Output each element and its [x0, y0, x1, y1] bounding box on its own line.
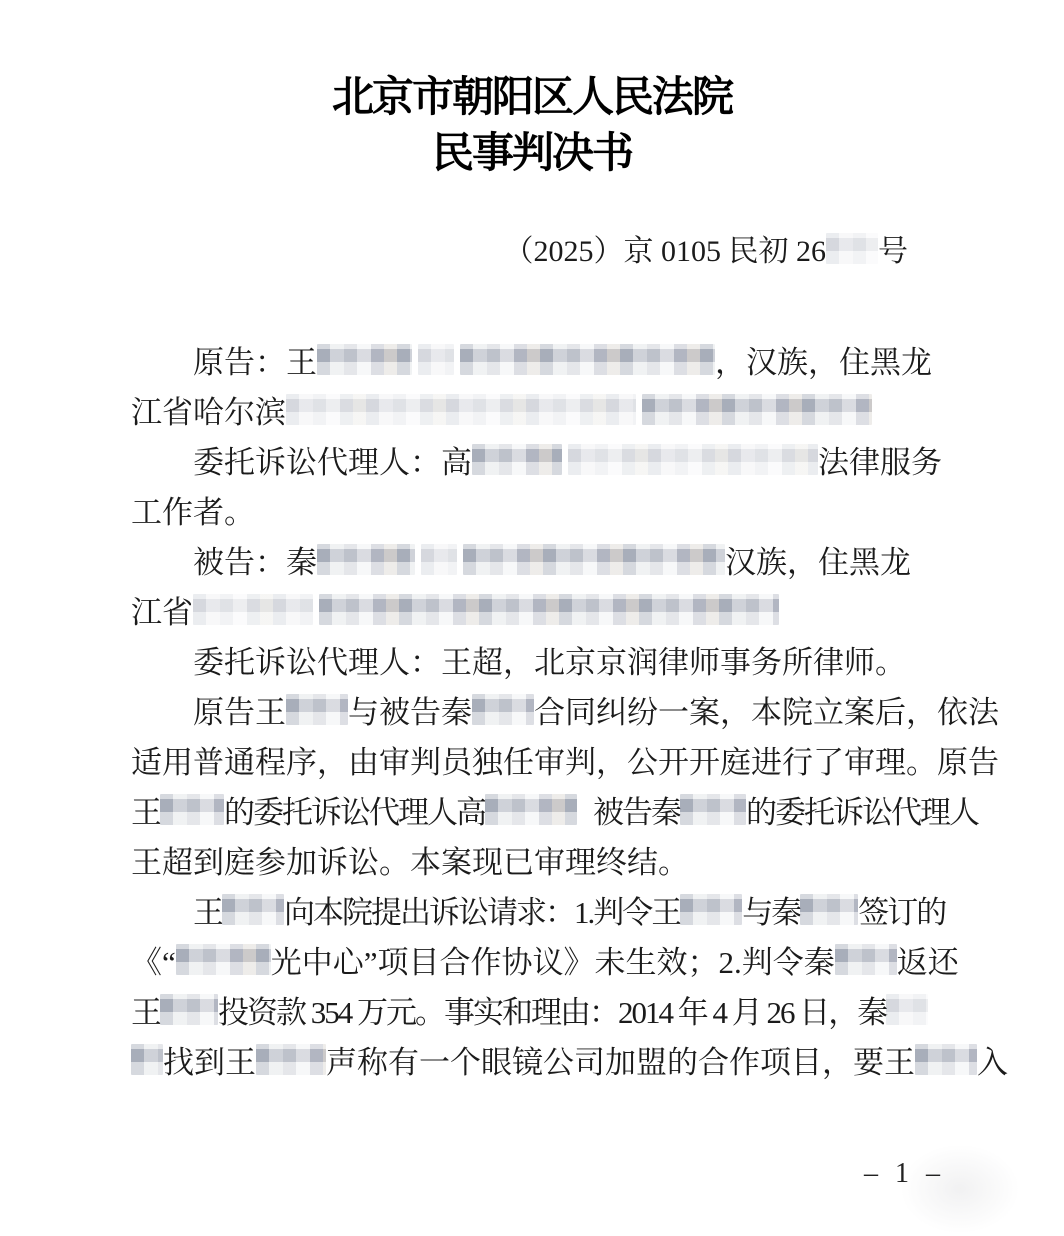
case-number: （2025）京 0105 民初 26号 — [504, 226, 909, 270]
text-segment: ，汉族，住黑龙 — [715, 337, 932, 382]
text-segment: 法律服务 — [818, 437, 942, 482]
body-line: 委托诉讼代理人：高法律服务 — [131, 434, 955, 484]
redacted-text — [317, 344, 412, 375]
redacted-text — [286, 394, 636, 425]
redacted-text — [568, 444, 818, 475]
redacted-text — [193, 594, 313, 625]
text-segment: 委托诉讼代理人：王超，北京京润律师事务所律师。 — [193, 637, 906, 682]
text-segment: 工作者。 — [131, 487, 255, 532]
redacted-text — [418, 344, 454, 375]
text-segment: 返还 — [897, 937, 959, 982]
redacted-text — [131, 1044, 163, 1075]
body-line: 王超到庭参加诉讼。本案现已审理终结。 — [131, 834, 955, 884]
body-line: 王向本院提出诉讼请求：1.判令王与秦签订的 — [131, 884, 955, 934]
redacted-text — [472, 694, 534, 725]
redacted-text — [680, 794, 746, 825]
redacted-text — [485, 794, 577, 825]
court-name: 北京市朝阳区人民法院 — [0, 64, 1064, 124]
body-line: 江省哈尔滨 — [131, 384, 955, 434]
text-segment: 适用普通程序，由审判员独任审判，公开开庭进行了审理。原告 — [131, 737, 999, 782]
text-segment: 王 — [131, 787, 160, 832]
document-type-title: 民事判决书 — [0, 120, 1064, 180]
redacted-text — [886, 994, 928, 1025]
text-segment: 与秦 — [742, 887, 800, 932]
redacted-text — [160, 794, 224, 825]
body-line: 原告王与被告秦合同纠纷一案，本院立案后，依法 — [131, 684, 955, 734]
text-segment: 被告秦 — [593, 787, 680, 832]
text-segment: 原告王 — [193, 687, 286, 732]
text-segment: 原告：王 — [193, 337, 317, 382]
redacted-text — [317, 544, 415, 575]
body-line: 被告：秦汉族，住黑龙 — [131, 534, 955, 584]
text-segment: 的委托诉讼代理人 — [746, 787, 978, 832]
redacted-text — [642, 394, 872, 425]
text-segment: 被告：秦 — [193, 537, 317, 582]
body-line: 委托诉讼代理人：王超，北京京润律师事务所律师。 — [131, 634, 955, 684]
text-segment: 入 — [977, 1037, 1008, 1082]
redacted-text — [472, 444, 562, 475]
page-number: – 1 – — [864, 1158, 945, 1190]
redacted-text — [176, 944, 271, 975]
body-line: 《“光中心”项目合作协议》未生效；2.判令秦返还 — [131, 934, 955, 984]
text-segment: 王 — [193, 887, 222, 932]
text-segment: 号 — [878, 226, 908, 270]
text-segment: 的委托诉讼代理人高 — [224, 787, 485, 832]
body-line: 工作者。 — [131, 484, 955, 534]
text-segment: 委托诉讼代理人：高 — [193, 437, 472, 482]
body-line: 适用普通程序，由审判员独任审判，公开开庭进行了审理。原告 — [131, 734, 955, 784]
text-segment: 汉族，住黑龙 — [725, 537, 911, 582]
redacted-text — [421, 544, 457, 575]
body-line: 江省 — [131, 584, 955, 634]
text-segment: 与被告秦 — [348, 687, 472, 732]
body-line: 王投资款 354 万元。事实和理由：2014 年 4 月 26 日，秦 — [131, 984, 955, 1034]
body-line: 王的委托诉讼代理人高被告秦的委托诉讼代理人 — [131, 784, 955, 834]
redacted-text — [680, 894, 742, 925]
body-line: 找到王声称有一个眼镜公司加盟的合作项目，要王入 — [131, 1034, 955, 1084]
redacted-text — [319, 594, 779, 625]
text-segment: 投资款 354 万元。事实和理由：2014 年 4 月 26 日，秦 — [218, 987, 886, 1032]
text-segment: 江省 — [131, 587, 193, 632]
text-segment: 江省哈尔滨 — [131, 387, 286, 432]
redacted-text — [915, 1044, 977, 1075]
redacted-text — [286, 694, 348, 725]
redacted-text — [460, 344, 715, 375]
text-segment: 签订的 — [858, 887, 945, 932]
text-segment: （2025）京 0105 民初 26 — [504, 226, 827, 270]
redacted-text — [256, 1044, 326, 1075]
text-segment: 王 — [131, 987, 160, 1032]
redacted-text — [463, 544, 725, 575]
text-segment: 光中心”项目合作协议》未生效；2.判令秦 — [271, 937, 835, 982]
text-segment: 向本院提出诉讼请求：1.判令王 — [284, 887, 680, 932]
redacted-text — [222, 894, 284, 925]
redacted-text — [800, 894, 858, 925]
redacted-text — [835, 944, 897, 975]
redacted-text — [160, 994, 218, 1025]
redacted-text — [826, 233, 878, 264]
text-segment: 合同纠纷一案，本院立案后，依法 — [534, 687, 999, 732]
text-segment: 王超到庭参加诉讼。本案现已审理终结。 — [131, 837, 689, 882]
text-segment: 声称有一个眼镜公司加盟的合作项目，要王 — [326, 1037, 915, 1082]
body-line: 原告：王，汉族，住黑龙 — [131, 334, 955, 384]
text-segment: 找到王 — [163, 1037, 256, 1082]
text-segment: 《“ — [131, 937, 176, 982]
judgment-page: 北京市朝阳区人民法院 民事判决书 （2025）京 0105 民初 26号 原告：… — [0, 0, 1064, 1236]
document-body: 原告：王，汉族，住黑龙江省哈尔滨委托诉讼代理人：高法律服务工作者。被告：秦汉族，… — [131, 334, 955, 1084]
